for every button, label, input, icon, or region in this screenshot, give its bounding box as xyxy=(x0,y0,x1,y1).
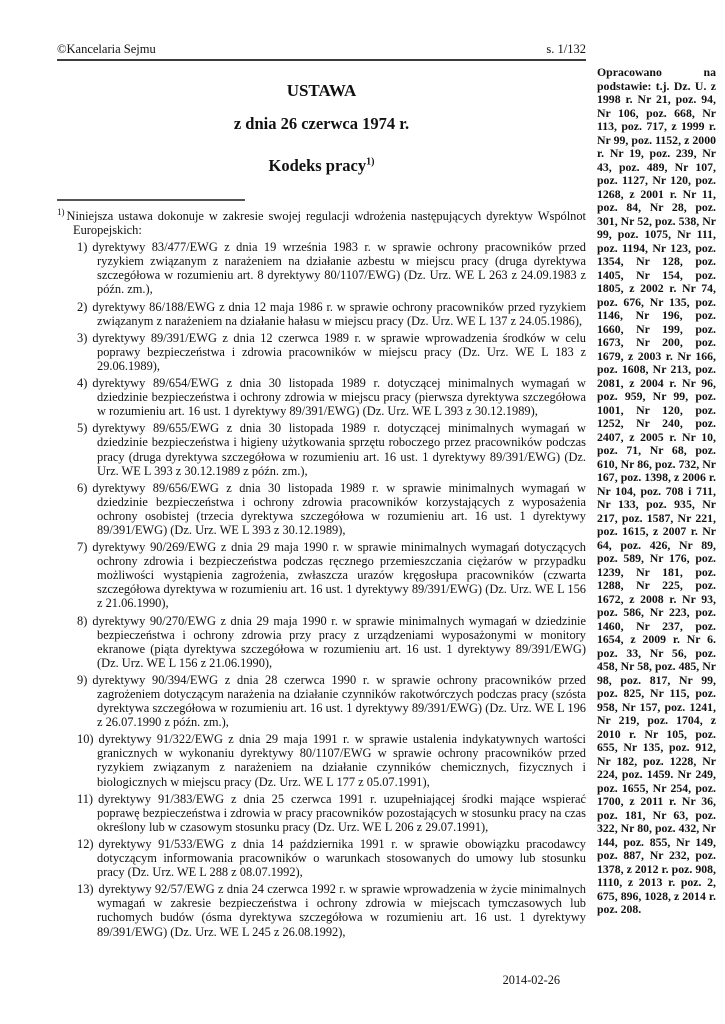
footnote-item: 13)dyrektywy 92/57/EWG z dnia 24 czerwca… xyxy=(57,882,586,938)
footnote-item-number: 12) xyxy=(77,837,94,851)
footnote-item: 9)dyrektywy 90/394/EWG z dnia 28 czerwca… xyxy=(57,673,586,729)
footnote-item: 11)dyrektywy 91/383/EWG z dnia 25 czerwc… xyxy=(57,792,586,834)
act-name-title: Kodeks pracy1) xyxy=(57,156,586,176)
footnote-item-text: dyrektywy 89/655/EWG z dnia 30 listopada… xyxy=(92,421,586,477)
footnote-item: 6)dyrektywy 89/656/EWG z dnia 30 listopa… xyxy=(57,481,586,537)
footnote-separator xyxy=(57,199,245,201)
footnote-item-number: 3) xyxy=(77,331,87,345)
footnote-item-number: 4) xyxy=(77,376,87,390)
footnote-item-text: dyrektywy 90/270/EWG z dnia 29 maja 1990… xyxy=(92,614,586,670)
act-name-text: Kodeks pracy xyxy=(269,156,367,175)
footnote-block: 1)Niniejsza ustawa dokonuje w zakresie s… xyxy=(57,209,586,939)
footnote-item-number: 1) xyxy=(77,240,87,254)
footnote-item-text: dyrektywy 83/477/EWG z dnia 19 września … xyxy=(92,240,586,296)
footnote-marker: 1) xyxy=(57,207,65,217)
footnote-item-text: dyrektywy 89/656/EWG z dnia 30 listopada… xyxy=(92,481,586,537)
footnote-item: 2)dyrektywy 86/188/EWG z dnia 12 maja 19… xyxy=(57,300,586,328)
footnote-item-text: dyrektywy 89/654/EWG z dnia 30 listopada… xyxy=(92,376,586,418)
footnote-intro: 1)Niniejsza ustawa dokonuje w zakresie s… xyxy=(57,209,586,237)
footnote-item-number: 5) xyxy=(77,421,87,435)
act-footnote-reference: 1) xyxy=(366,157,374,168)
footnote-item-text: dyrektywy 89/391/EWG z dnia 12 czerwca 1… xyxy=(92,331,586,373)
amendments-sidebar-note: Opracowano na podstawie: t.j. Dz. U. z 1… xyxy=(597,66,716,917)
footnote-item: 7)dyrektywy 90/269/EWG z dnia 29 maja 19… xyxy=(57,540,586,610)
footnote-item-number: 2) xyxy=(77,300,87,314)
footnote-item-text: dyrektywy 91/383/EWG z dnia 25 czerwca 1… xyxy=(97,792,586,834)
footnote-item: 4)dyrektywy 89/654/EWG z dnia 30 listopa… xyxy=(57,376,586,418)
title-block: USTAWA z dnia 26 czerwca 1974 r. Kodeks … xyxy=(57,81,586,176)
footnote-item: 12)dyrektywy 91/533/EWG z dnia 14 paździ… xyxy=(57,837,586,879)
footnote-item-number: 7) xyxy=(77,540,87,554)
footnote-item-text: dyrektywy 86/188/EWG z dnia 12 maja 1986… xyxy=(92,300,586,328)
footnote-item-text: dyrektywy 91/322/EWG z dnia 29 maja 1991… xyxy=(97,732,586,788)
footnote-item-text: dyrektywy 90/394/EWG z dnia 28 czerwca 1… xyxy=(92,673,586,729)
footnote-item-number: 11) xyxy=(77,792,93,806)
page-header: ©Kancelaria Sejmu s. 1/132 xyxy=(57,42,586,61)
footnote-item-text: dyrektywy 91/533/EWG z dnia 14 październ… xyxy=(97,837,586,879)
act-type-title: USTAWA xyxy=(57,81,586,101)
footnote-item-text: dyrektywy 90/269/EWG z dnia 29 maja 1990… xyxy=(92,540,586,610)
footnote-item: 5)dyrektywy 89/655/EWG z dnia 30 listopa… xyxy=(57,421,586,477)
footnote-item-number: 13) xyxy=(77,882,94,896)
act-date-line: z dnia 26 czerwca 1974 r. xyxy=(57,114,586,134)
publisher-label: ©Kancelaria Sejmu xyxy=(57,42,156,57)
main-column: USTAWA z dnia 26 czerwca 1974 r. Kodeks … xyxy=(57,66,586,939)
footnote-item-text: dyrektywy 92/57/EWG z dnia 24 czerwca 19… xyxy=(97,882,586,938)
footnote-item: 3)dyrektywy 89/391/EWG z dnia 12 czerwca… xyxy=(57,331,586,373)
footnote-intro-text: Niniejsza ustawa dokonuje w zakresie swo… xyxy=(67,209,587,237)
footnote-item: 8)dyrektywy 90/270/EWG z dnia 29 maja 19… xyxy=(57,614,586,670)
footer-date: 2014-02-26 xyxy=(57,973,560,988)
footnote-item-number: 6) xyxy=(77,481,87,495)
footnote-item-number: 9) xyxy=(77,673,87,687)
footnote-item-number: 10) xyxy=(77,732,94,746)
footnote-item-number: 8) xyxy=(77,614,87,628)
page-number: s. 1/132 xyxy=(546,42,586,57)
footnote-item: 1)dyrektywy 83/477/EWG z dnia 19 wrześni… xyxy=(57,240,586,296)
footnote-item: 10)dyrektywy 91/322/EWG z dnia 29 maja 1… xyxy=(57,732,586,788)
